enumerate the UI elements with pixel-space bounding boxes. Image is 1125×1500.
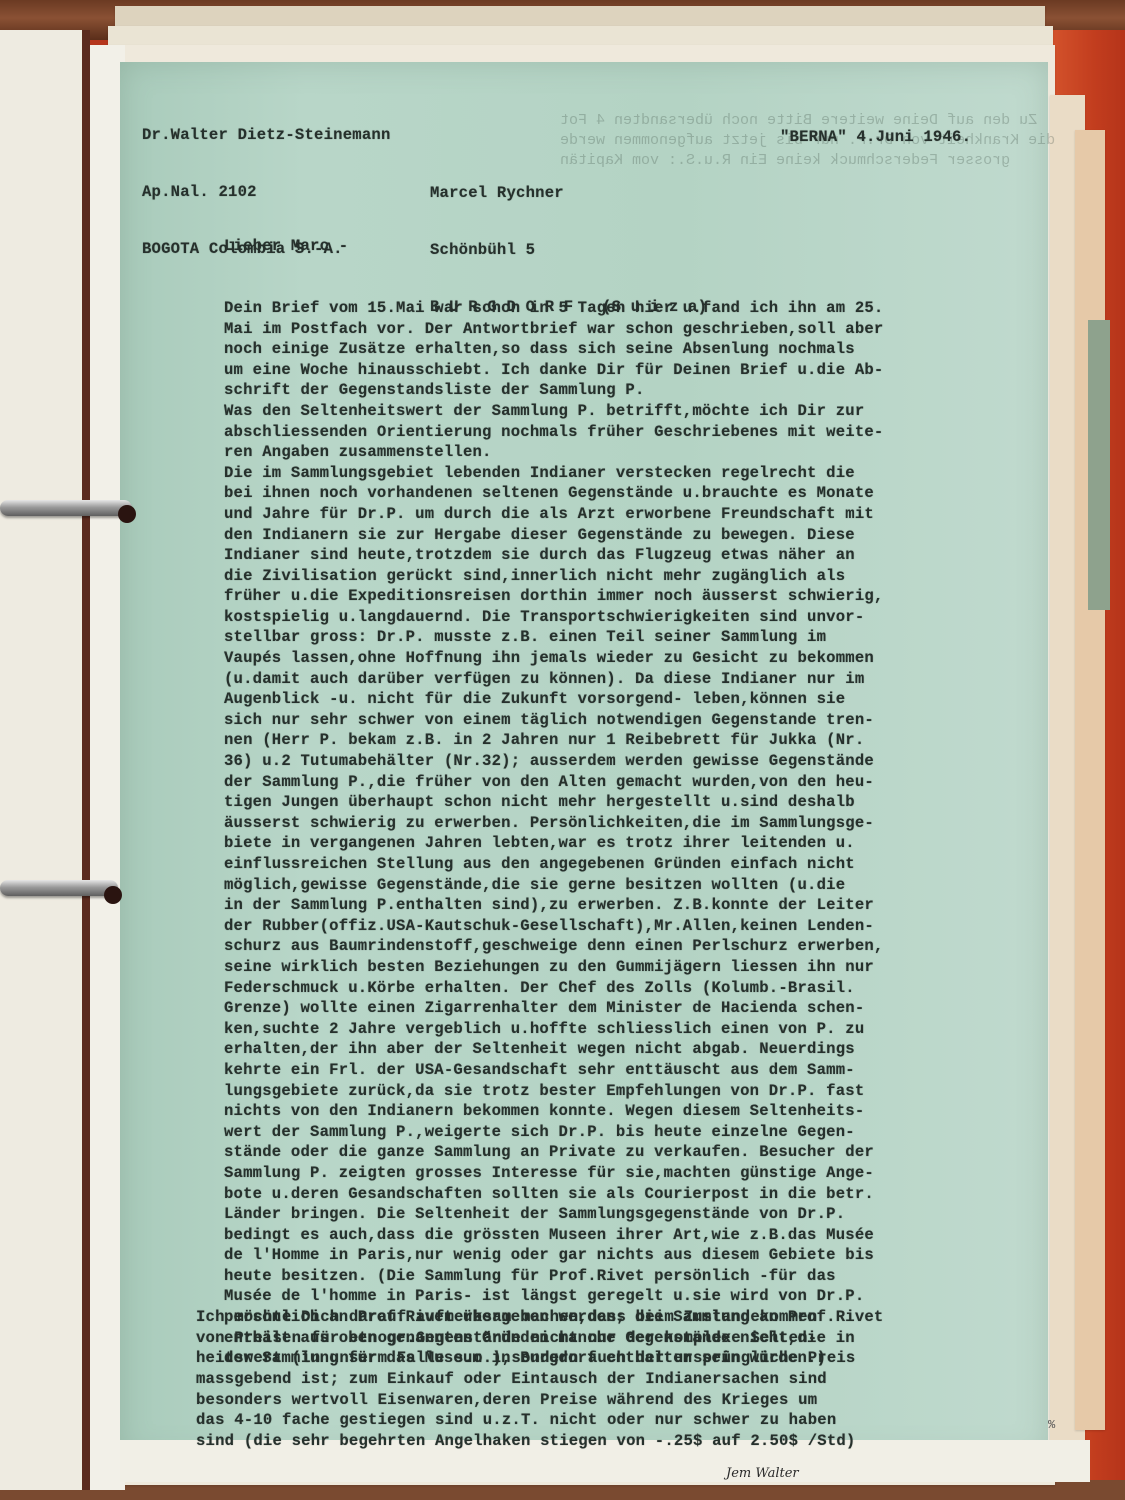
text-line: Dein Brief vom 15.Mai war schon in 5 Tag…	[224, 298, 1054, 319]
text-line: bei ihnen noch vorhandenen seltenen Gege…	[224, 483, 1054, 504]
text-line: Ich möchte Dich darauf aufmerksam machen…	[196, 1307, 856, 1328]
text-line: Indianer sind heute,trotzdem sie durch d…	[224, 545, 1054, 566]
binder-ring-lower	[0, 880, 118, 896]
text-line: Was den Seltenheitswert der Sammlung P. …	[224, 401, 1054, 422]
text-line: nichts von den Indianern bekommen konnte…	[224, 1101, 1054, 1122]
text-line: früher u.die Expeditionsreisen dorthin i…	[224, 586, 1054, 607]
text-line: der Sammlung P.,die früher von den Alten…	[224, 772, 1054, 793]
text-line: in der Sammlung P.enthalten sind),zu erw…	[224, 895, 1054, 916]
handwritten-signature-note: Jem Walter	[726, 1466, 799, 1481]
left-binder-page	[0, 30, 83, 1490]
text-line: lungsgebiete zurück,da sie trotz bester …	[224, 1081, 1054, 1102]
text-line: de l'Homme in Paris,nur wenig oder gar n…	[224, 1245, 1054, 1266]
letter-closing-paragraph: Ich möchte Dich darauf aufmerksam machen…	[196, 1266, 856, 1348]
punch-hole	[104, 886, 122, 904]
text-line: Mai im Postfach vor. Der Antwortbrief wa…	[224, 319, 1054, 340]
text-line: sich nur sehr schwer von einem täglich n…	[224, 710, 1054, 731]
text-line: Sammlung P. zeigten grosses Interesse fü…	[224, 1163, 1054, 1184]
text-line: bedingt es auch,dass die grössten Museen…	[224, 1225, 1054, 1246]
closing-paragraph-lines: Ich möchte Dich darauf aufmerksam machen…	[196, 1307, 856, 1328]
text-line: (u.damit auch darüber verfügen zu können…	[224, 669, 1054, 690]
text-line: 36) u.2 Tutumabehälter (Nr.32); ausserde…	[224, 751, 1054, 772]
text-line: abschliessenden Orientierung nochmals fr…	[224, 422, 1054, 443]
text-line: seine wirklich besten Beziehungen zu den…	[224, 957, 1054, 978]
text-line: wert der Sammlung P.,weigerte sich Dr.P.…	[224, 1122, 1054, 1143]
text-line: sind (die sehr begehrten Angelhaken stie…	[196, 1431, 856, 1452]
text-line: schrift der Gegenstandsliste der Sammlun…	[224, 380, 1054, 401]
text-line: Grenze) wollte einen Zigarrenhalter dem …	[224, 998, 1054, 1019]
divider-tab	[1088, 320, 1110, 610]
text-line: Augenblick -u. nicht für die Zukunft vor…	[224, 689, 1054, 710]
binder-spine	[82, 30, 90, 1490]
text-line: von Preisen für etnogr.Gegenstände nicht…	[196, 1328, 856, 1349]
salutation: Lieber Marc -	[224, 236, 1054, 257]
text-line: Länder bringen. Die Seltenheit der Samml…	[224, 1204, 1054, 1225]
text-line: die Zivilisation gerückt sind,innerlich …	[224, 566, 1054, 587]
text-line: biete in vergangenen Jahren lebten,war e…	[224, 833, 1054, 854]
text-line: nen (Herr P. bekam z.B. in 2 Jahren nur …	[224, 730, 1054, 751]
text-line: Vaupés lassen,ohne Hoffnung ihn jemals w…	[224, 648, 1054, 669]
text-line: besonders wertvoll Eisenwaren,deren Prei…	[196, 1390, 856, 1411]
body-paragraphs: Dein Brief vom 15.Mai war schon in 5 Tag…	[224, 298, 1054, 319]
text-line: möglich,gewisse Gegenstände,die sie gern…	[224, 875, 1054, 896]
text-line: der Rubber(offiz.USA-Kautschuk-Gesellsch…	[224, 916, 1054, 937]
binder-ring-upper	[0, 500, 132, 516]
text-line: und Jahre für Dr.P. um durch die als Arz…	[224, 504, 1054, 525]
text-line: kehrte ein Frl. der USA-Gesandschaft seh…	[224, 1060, 1054, 1081]
text-line: noch einige Zusätze erhalten,so dass sic…	[224, 339, 1054, 360]
text-line: einflussreichen Stellung aus den angegeb…	[224, 854, 1054, 875]
text-line: den Indianern sie zur Hergabe dieser Geg…	[224, 525, 1054, 546]
text-line: Federschmuck u.Körbe erhalten. Der Chef …	[224, 978, 1054, 999]
margin-mark: %	[1048, 1418, 1055, 1432]
text-line: erhalten,der ihn aber der Seltenheit weg…	[224, 1039, 1054, 1060]
text-line: Die im Sammlungsgebiet lebenden Indianer…	[224, 463, 1054, 484]
sender-name: Dr.Walter Dietz-Steinemann	[142, 126, 391, 145]
letter-body: Lieber Marc - Dein Brief vom 15.Mai war …	[224, 195, 1054, 339]
text-line: tigen Jungen überhaupt schon nicht mehr …	[224, 792, 1054, 813]
text-line: das 4-10 fache gestiegen sind u.z.T. nic…	[196, 1410, 856, 1431]
punch-hole	[118, 505, 136, 523]
text-line: ren Angaben zusammenstellen.	[224, 442, 1054, 463]
text-line: stände oder die ganze Sammlung an Privat…	[224, 1142, 1054, 1163]
text-line: schurz aus Baumrindenstoff,geschweige de…	[224, 936, 1054, 957]
text-line: ken,suchte 2 Jahre vergeblich u.hoffte s…	[224, 1019, 1054, 1040]
text-line: massgebend ist; zum Einkauf oder Eintaus…	[196, 1369, 856, 1390]
letter-date: "BERNA" 4.Juni 1946.	[780, 127, 971, 148]
text-line: heitswert (in unserm Falle s.o.),sondern…	[196, 1348, 856, 1369]
text-line: um eine Woche hinausschiebt. Ich danke D…	[224, 360, 1054, 381]
text-line: stellbar gross: Dr.P. musste z.B. einen …	[224, 627, 1054, 648]
text-line: bote u.deren Gesandschaften sollten sie …	[224, 1184, 1054, 1205]
text-line: äusserst schwierig zu erwerben. Persönli…	[224, 813, 1054, 834]
stacked-page	[115, 6, 1045, 26]
text-line: kostspielig u.langdauernd. Die Transport…	[224, 607, 1054, 628]
